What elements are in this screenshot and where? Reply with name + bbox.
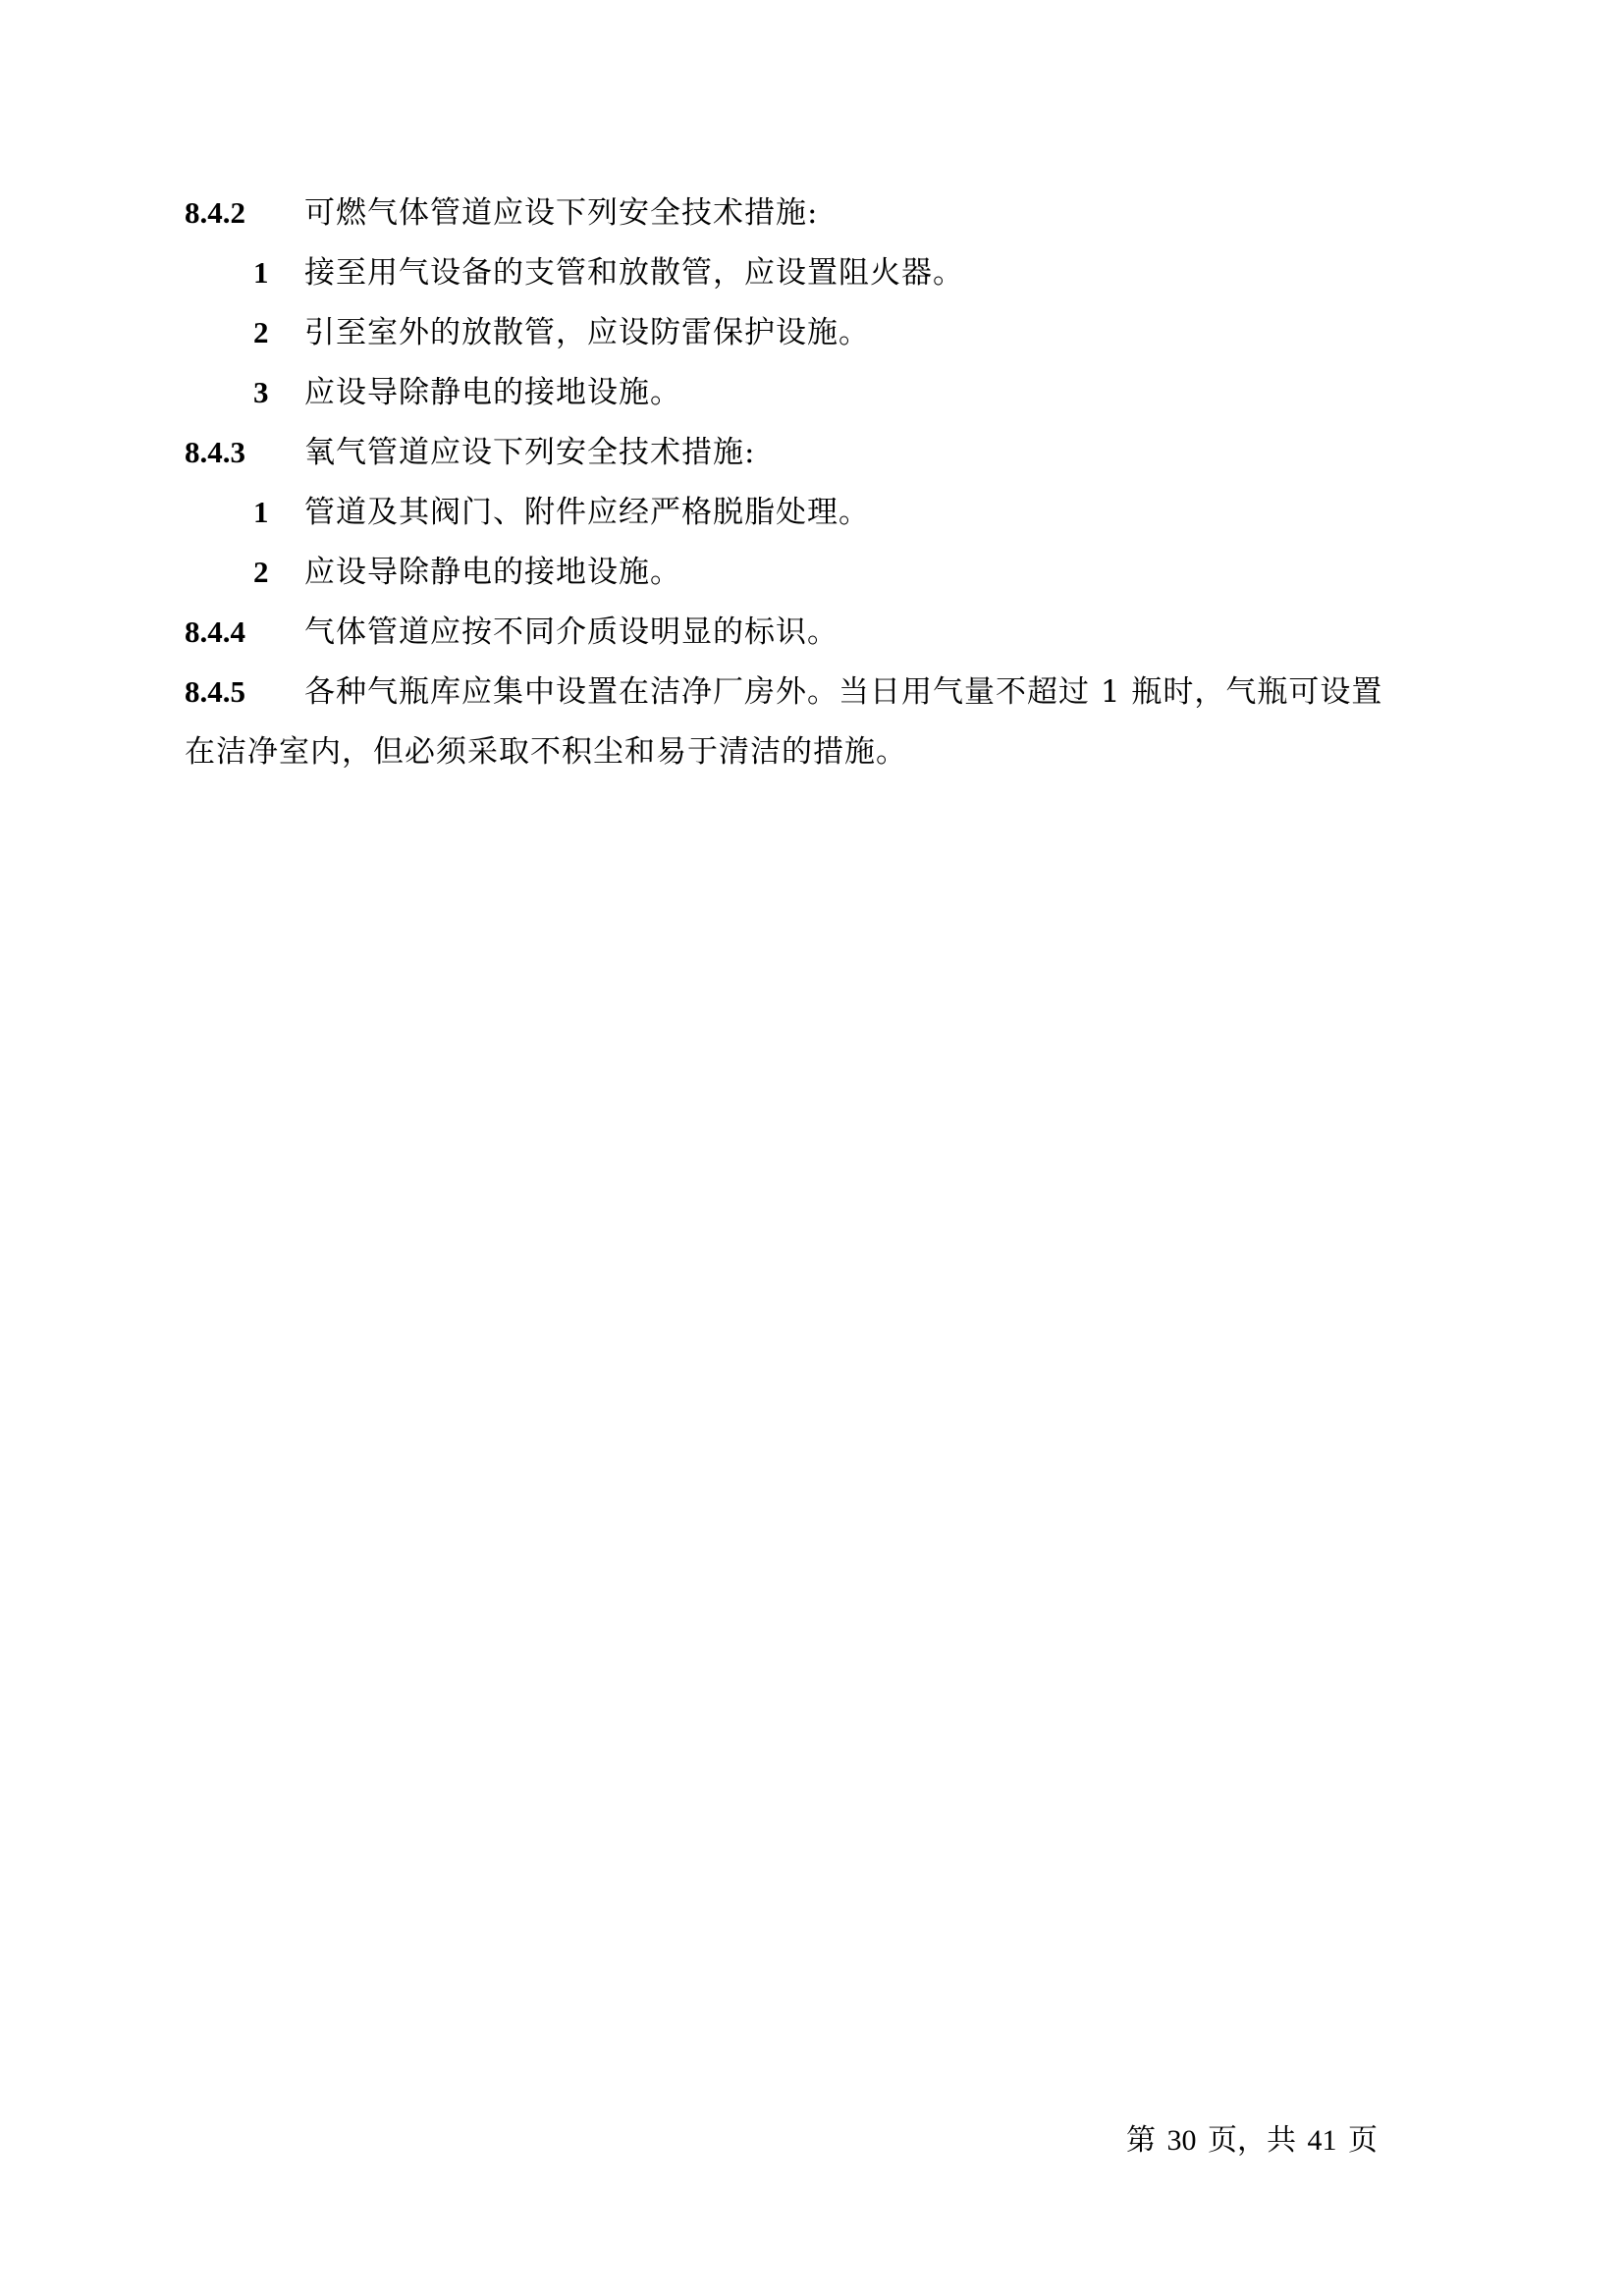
clause-continuation: 在洁净室内，但必须采取不积尘和易于清洁的措施。: [185, 732, 907, 772]
page-number-footer: 第 30 页，共 41 页: [1126, 2121, 1378, 2161]
item-text: 应设导除静电的接地设施。: [304, 373, 681, 412]
clause-text: 氧气管道应设下列安全技术措施:: [304, 433, 755, 472]
item-text: 接至用气设备的支管和放散管，应设置阻火器。: [304, 253, 964, 293]
clause-text: 气体管道应按不同介质设明显的标识。: [304, 613, 839, 652]
clause-continuation-text: 在洁净室内，但必须采取不积尘和易于清洁的措施。: [185, 732, 907, 772]
clause-number: 8.4.3: [185, 433, 304, 472]
clause-8-4-4: 8.4.4气体管道应按不同介质设明显的标识。: [185, 613, 839, 652]
clause-number: 8.4.4: [185, 613, 304, 652]
item-text: 管道及其阀门、附件应经严格脱脂处理。: [304, 493, 870, 532]
item-number: 1: [253, 253, 304, 293]
list-item: 2应设导除静电的接地设施。: [253, 553, 681, 592]
item-number: 1: [253, 493, 304, 532]
list-item: 2引至室外的放散管，应设防雷保护设施。: [253, 313, 870, 352]
list-item: 1接至用气设备的支管和放散管，应设置阻火器。: [253, 253, 964, 293]
clause-text: 各种气瓶库应集中设置在洁净厂房外。当日用气量不超过 1 瓶时，气瓶可设置: [304, 672, 1382, 712]
clause-number: 8.4.5: [185, 672, 304, 712]
clause-8-4-2: 8.4.2可燃气体管道应设下列安全技术措施:: [185, 193, 818, 233]
clause-8-4-3: 8.4.3氧气管道应设下列安全技术措施:: [185, 433, 755, 472]
list-item: 3应设导除静电的接地设施。: [253, 373, 681, 412]
item-number: 3: [253, 373, 304, 412]
clause-number: 8.4.2: [185, 193, 304, 233]
clause-8-4-5: 8.4.5各种气瓶库应集中设置在洁净厂房外。当日用气量不超过 1 瓶时，气瓶可设…: [185, 672, 1382, 712]
list-item: 1管道及其阀门、附件应经严格脱脂处理。: [253, 493, 870, 532]
item-text: 应设导除静电的接地设施。: [304, 553, 681, 592]
item-text: 引至室外的放散管，应设防雷保护设施。: [304, 313, 870, 352]
item-number: 2: [253, 313, 304, 352]
clause-text: 可燃气体管道应设下列安全技术措施:: [304, 193, 818, 233]
item-number: 2: [253, 553, 304, 592]
